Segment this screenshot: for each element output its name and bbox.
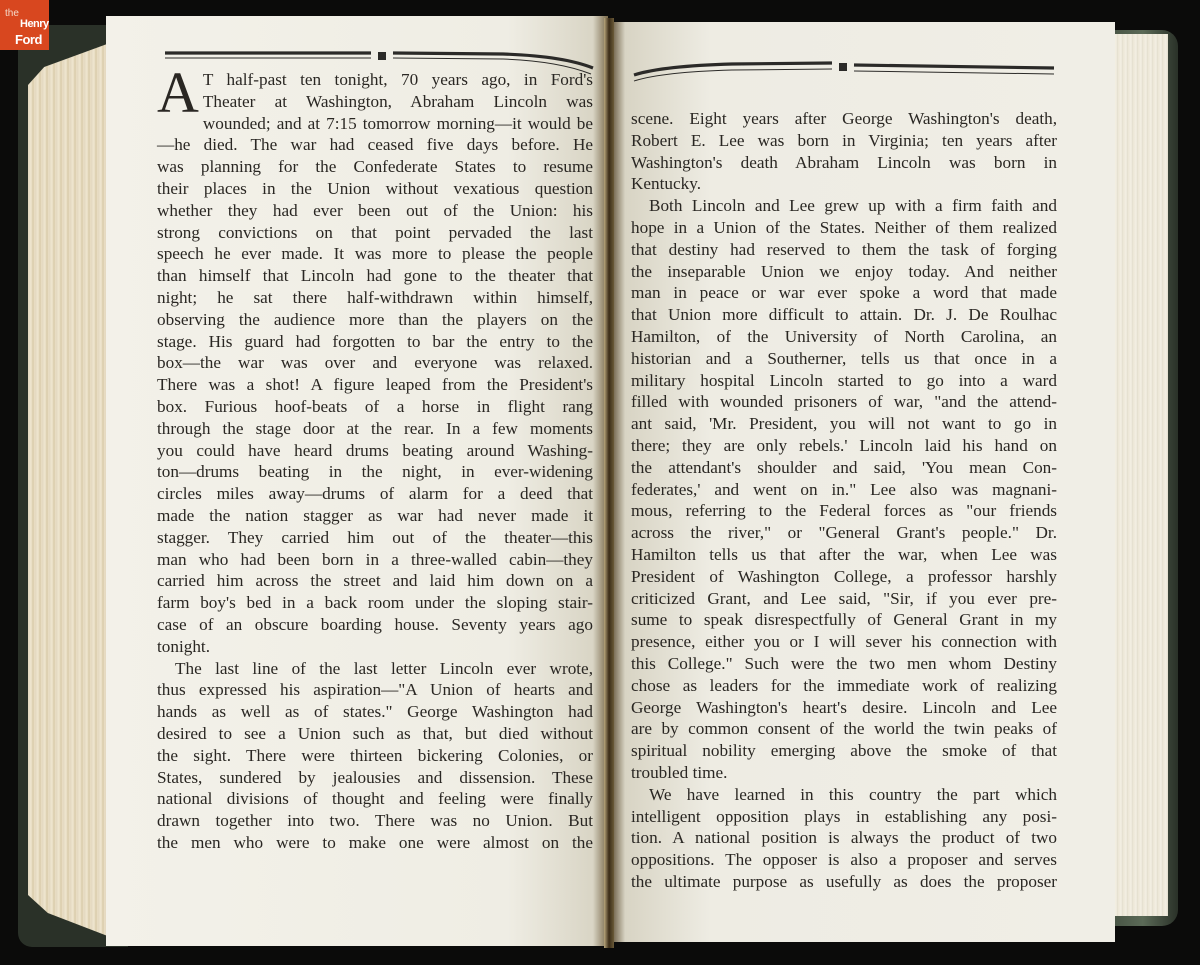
- logo-ford: Ford: [15, 33, 42, 46]
- text-line: oppositions. The opposer is also a propo…: [631, 849, 1057, 871]
- text-line: Hamilton tells us that after the war, wh…: [631, 544, 1057, 566]
- text-line: desired to see a Union such as that, but…: [157, 723, 593, 745]
- text-line: their places in the Union without vexati…: [157, 178, 593, 200]
- text-line: made the nation stagger as war had never…: [157, 505, 593, 527]
- text-line: there; they are only rebels.' Lincoln la…: [631, 435, 1057, 457]
- text-line: spiritual nobility emerging above the sm…: [631, 740, 1057, 762]
- text-line: drawn together into two. There was no Un…: [157, 810, 593, 832]
- ornament-rule-icon: [632, 60, 1056, 90]
- header-rule-left: [163, 50, 595, 70]
- text-line: Robert E. Lee was born in Virginia; ten …: [631, 130, 1057, 152]
- text-line: carried him across the street and laid h…: [157, 570, 593, 592]
- text-line: scene. Eight years after George Washingt…: [631, 108, 1057, 130]
- text-line: farm boy's bed in a back room under the …: [157, 592, 593, 614]
- text-line: hope in a Union of the States. Neither o…: [631, 217, 1057, 239]
- text-line: across the river," or "General Grant's p…: [631, 522, 1057, 544]
- text-line: Theater at Washington, Abraham Lincoln w…: [157, 91, 593, 113]
- text-line: The last line of the last letter Lincoln…: [157, 658, 593, 680]
- text-line: military hospital Lincoln started to go …: [631, 370, 1057, 392]
- text-line: troubled time.: [631, 762, 1057, 784]
- text-line: the men who were to make one were almost…: [157, 832, 593, 854]
- text-line: observing the audience more than the pla…: [157, 309, 593, 331]
- text-line: presence, either you or I will sever his…: [631, 631, 1057, 653]
- text-line: speech he ever made. It was more to plea…: [157, 243, 593, 265]
- text-line: mous, referring to the Federal forces as…: [631, 500, 1057, 522]
- text-line: criticized Grant, and Lee said, "Sir, if…: [631, 588, 1057, 610]
- text-line: than himself that Lincoln had gone to th…: [157, 265, 593, 287]
- text-line: was planning for the Confederate States …: [157, 156, 593, 178]
- header-rule-right: [632, 60, 1056, 80]
- text-line: historian and a Southerner, tells us tha…: [631, 348, 1057, 370]
- text-line: filled with wounded prisoners of war, "a…: [631, 391, 1057, 413]
- text-line: through the stage door at the rear. In a…: [157, 418, 593, 440]
- text-line: stagger. They carried him out of the the…: [157, 527, 593, 549]
- text-line: national divisions of thought and feelin…: [157, 788, 593, 810]
- text-line: circles miles away—drums of alarm for a …: [157, 483, 593, 505]
- gutter: [604, 18, 614, 948]
- text-line: federates,' and went on in." Lee also wa…: [631, 479, 1057, 501]
- text-line: intelligent opposition plays in establis…: [631, 806, 1057, 828]
- text-line: We have learned in this country the part…: [631, 784, 1057, 806]
- text-line: ton—drums beating in the night, in ever-…: [157, 461, 593, 483]
- text-line: Kentucky.: [631, 173, 1057, 195]
- text-line: case of an obscure boarding house. Seven…: [157, 614, 593, 636]
- text-line: wounded; and at 7:15 tomorrow morning—it…: [157, 113, 593, 135]
- logo-the: the: [5, 9, 19, 19]
- text-line: sume to speak disrespectfully of General…: [631, 609, 1057, 631]
- text-line: man in peace or war ever spoke a word th…: [631, 282, 1057, 304]
- right-page-text: scene. Eight years after George Washingt…: [631, 108, 1057, 893]
- text-line: George Washington's heart's desire. Linc…: [631, 697, 1057, 719]
- text-line: ant said, 'Mr. President, you will not w…: [631, 413, 1057, 435]
- text-line: Washington's death Abraham Lincoln was b…: [631, 152, 1057, 174]
- logo: the Henry Ford: [0, 0, 49, 50]
- text-line: strong convictions on that point pervade…: [157, 222, 593, 244]
- left-page-text: A T half-past ten tonight, 70 years ago,…: [157, 69, 593, 854]
- text-line: are by common consent of the world the t…: [631, 718, 1057, 740]
- text-line: this College." Such were the two men who…: [631, 653, 1057, 675]
- text-line: Hamilton, of the University of North Car…: [631, 326, 1057, 348]
- text-line: stage. His guard had forgotten to bar th…: [157, 331, 593, 353]
- text-line: hands as well as of states." George Wash…: [157, 701, 593, 723]
- text-line: chose as leaders for the immediate work …: [631, 675, 1057, 697]
- text-line: the attendant's shoulder and said, 'You …: [631, 457, 1057, 479]
- text-line: thus expressed his aspiration—"A Union o…: [157, 679, 593, 701]
- text-line: the inseparable Union we enjoy today. An…: [631, 261, 1057, 283]
- text-line: the sight. There were thirteen bickering…: [157, 745, 593, 767]
- page-edges-left: [28, 40, 118, 940]
- text-line: night; he sat there half-withdrawn withi…: [157, 287, 593, 309]
- text-line: box—the war was over and everyone was re…: [157, 352, 593, 374]
- text-line: you could have heard drums beating aroun…: [157, 440, 593, 462]
- text-line: tion. A national position is always the …: [631, 827, 1057, 849]
- text-line: President of Washington College, a profe…: [631, 566, 1057, 588]
- text-line: box. Furious hoof-beats of a horse in fl…: [157, 396, 593, 418]
- text-line: There was a shot! A figure leaped from t…: [157, 374, 593, 396]
- text-line: man who had been born in a three-walled …: [157, 549, 593, 571]
- text-line: tonight.: [157, 636, 593, 658]
- logo-henry: Henry: [20, 19, 49, 30]
- page-edges-right: [1108, 34, 1168, 916]
- text-line: States, sundered by jealousies and disse…: [157, 767, 593, 789]
- text-line: T half-past ten tonight, 70 years ago, i…: [157, 69, 593, 91]
- text-line: that destiny had reserved to them the ta…: [631, 239, 1057, 261]
- text-line: —he died. The war had ceased five days b…: [157, 134, 593, 156]
- text-line: that Union more difficult to attain. Dr.…: [631, 304, 1057, 326]
- text-line: whether they had ever been out of the Un…: [157, 200, 593, 222]
- dropcap: A: [157, 71, 199, 115]
- text-line: the ultimate purpose as usefully as does…: [631, 871, 1057, 893]
- text-line: Both Lincoln and Lee grew up with a firm…: [631, 195, 1057, 217]
